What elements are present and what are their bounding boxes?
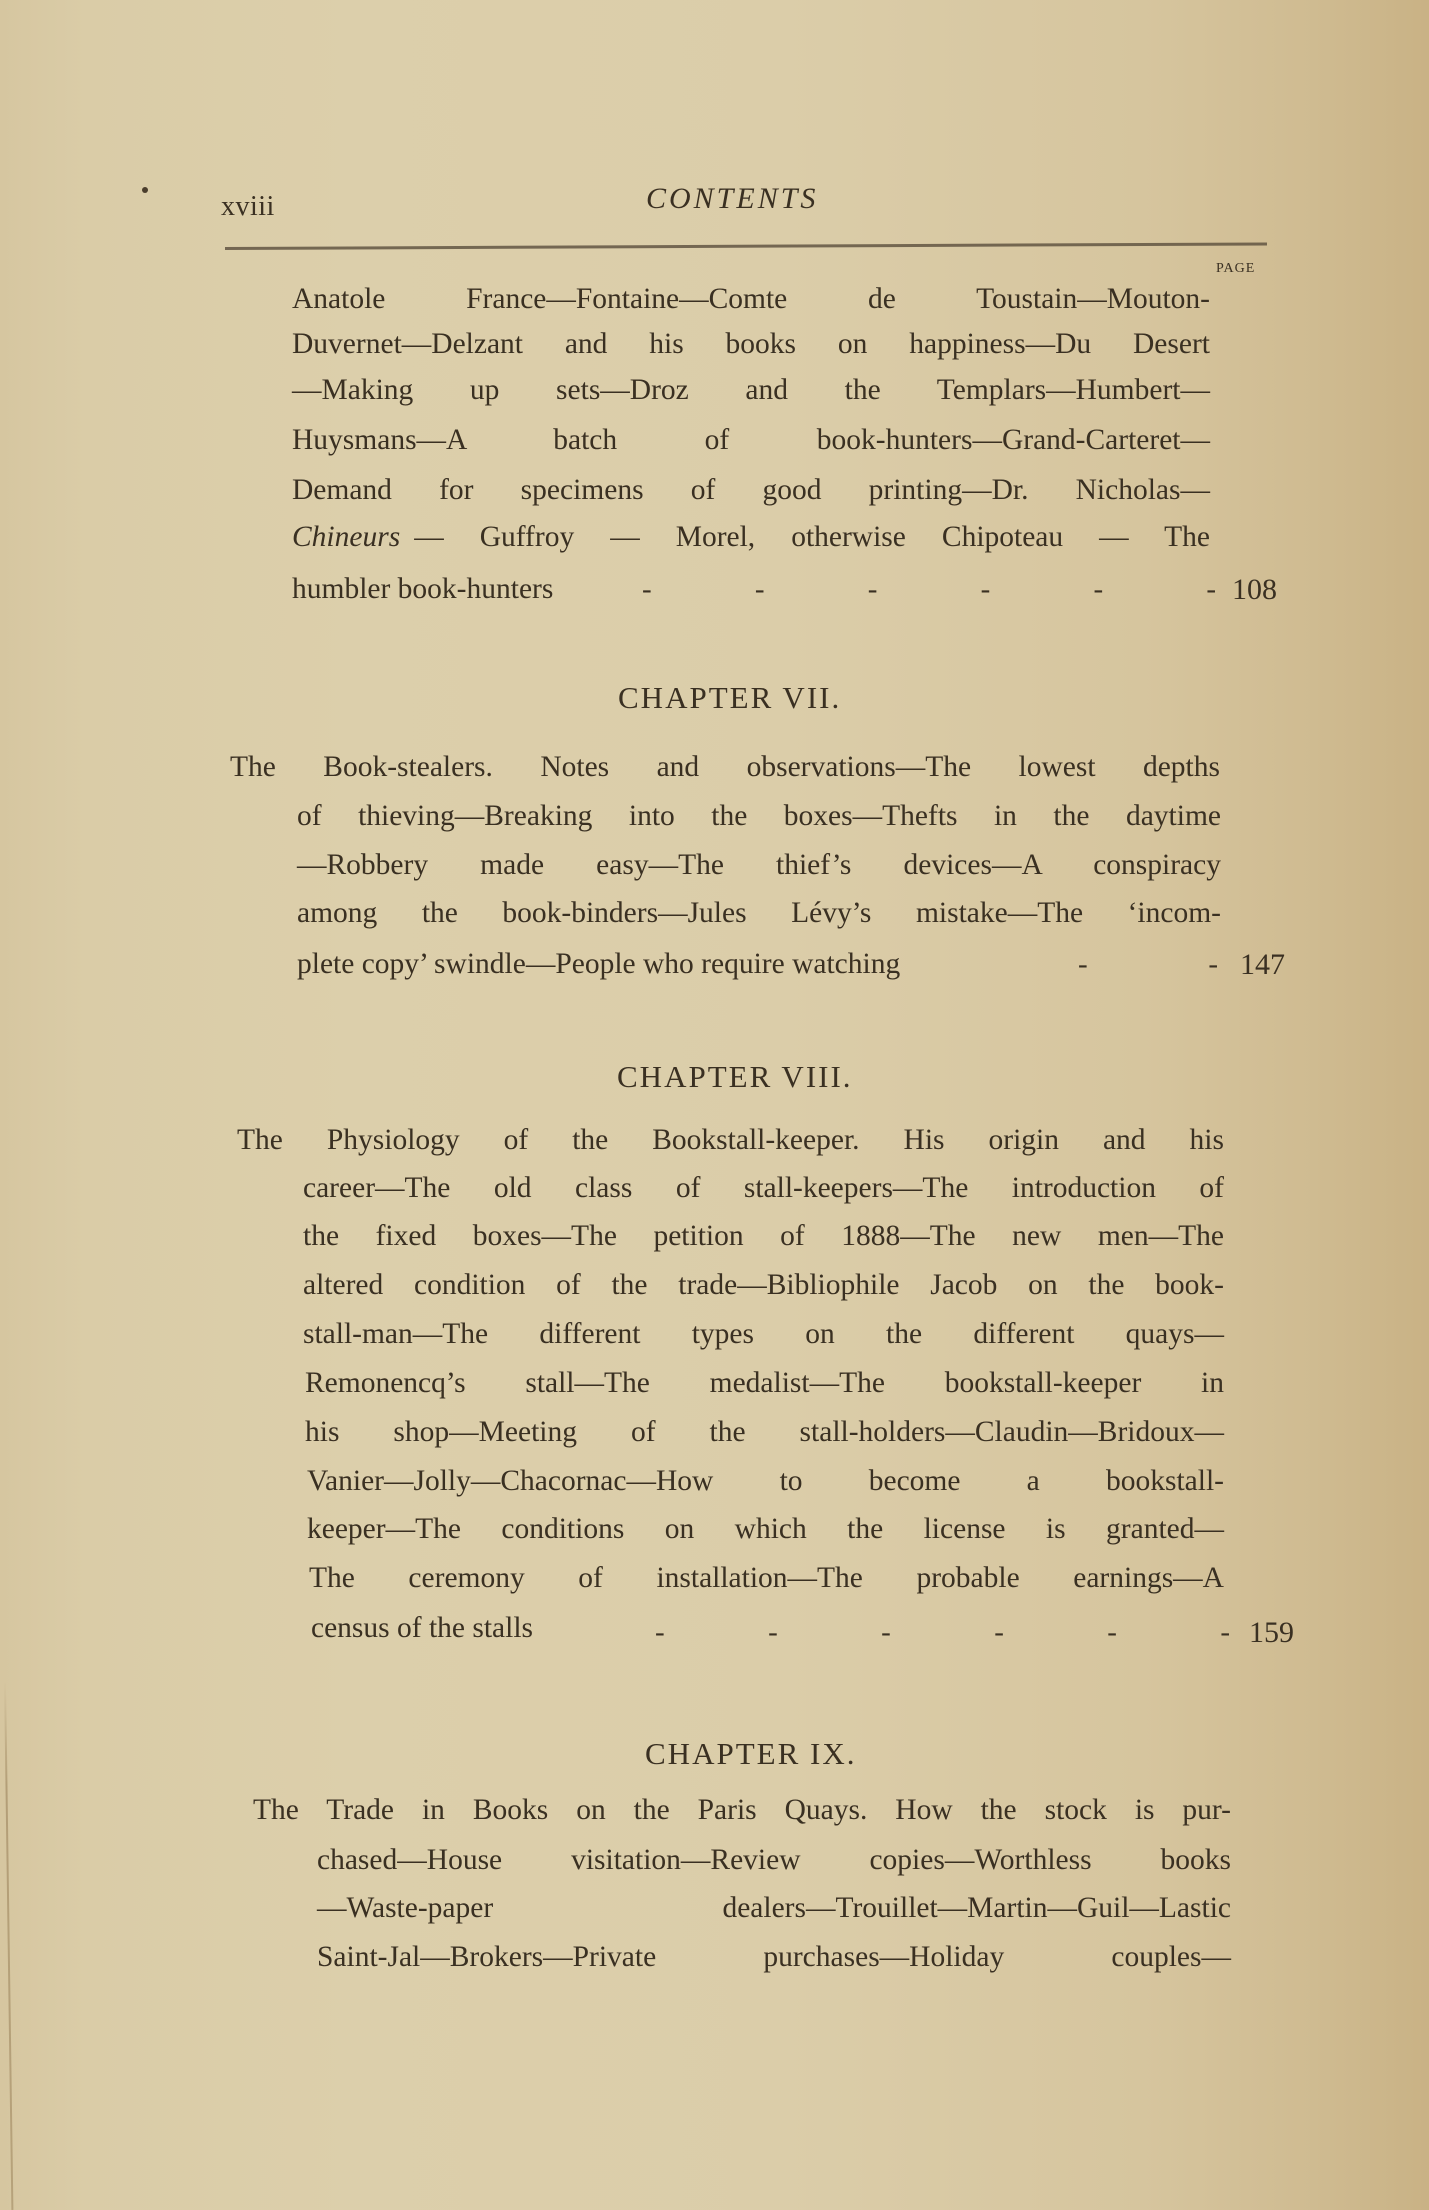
toc-line: altered condition of the trade—Bibliophi… [303, 1271, 1224, 1301]
chapter-heading: CHAPTER VIII. [617, 1061, 853, 1092]
toc-line: stall-man—The different types on the dif… [303, 1320, 1224, 1350]
toc-line: Saint-Jal—Brokers—Private purchases—Holi… [317, 1943, 1231, 1973]
toc-line: The ceremony of installation—The probabl… [309, 1564, 1224, 1594]
toc-line-last: plete copy’ swindle—People who require w… [297, 950, 900, 980]
italic-term: Chineurs [292, 523, 400, 553]
page-ref: 147 [1240, 950, 1285, 980]
dot-leader: - - - - - - [642, 575, 1216, 604]
toc-line: chased—House visitation—Review copies—Wo… [317, 1846, 1231, 1876]
toc-line: Chineurs — Guffroy — Morel, otherwise Ch… [292, 523, 1210, 553]
page-edge-shadow [4, 1680, 13, 2210]
toc-line: —Making up sets—Droz and the Templars—Hu… [292, 376, 1210, 406]
dot-leader: - - - - - - [655, 1618, 1230, 1647]
toc-line: Vanier—Jolly—Chacornac—How to become a b… [307, 1467, 1224, 1497]
toc-line: Duvernet—Delzant and his books on happin… [292, 330, 1210, 360]
toc-line: among the book-binders—Jules Lévy’s mist… [297, 899, 1221, 929]
page-column-label: PAGE [1216, 262, 1255, 276]
ink-speck [142, 187, 148, 193]
toc-line: Remonencq’s stall—The medalist—The books… [305, 1369, 1224, 1399]
toc-line: —Robbery made easy—The thief’s devices—A… [297, 851, 1221, 881]
toc-line: Anatole France—Fontaine—Comte de Toustai… [292, 285, 1210, 315]
toc-line-last: humbler book-hunters [292, 575, 553, 605]
header-rule [225, 242, 1267, 250]
toc-line: his shop—Meeting of the stall-holders—Cl… [305, 1418, 1224, 1448]
toc-line: The Book-stealers. Notes and observation… [230, 753, 1220, 783]
toc-line: The Trade in Books on the Paris Quays. H… [253, 1796, 1231, 1826]
running-head-title: CONTENTS [646, 184, 818, 214]
toc-line: The Physiology of the Bookstall-keeper. … [237, 1126, 1224, 1156]
dot-leader: - - [1078, 950, 1218, 979]
toc-line: —Waste-paper dealers—Trouillet—Martin—Gu… [317, 1894, 1231, 1924]
chapter-heading: CHAPTER IX. [645, 1738, 856, 1769]
toc-line: of thieving—Breaking into the boxes—Thef… [297, 802, 1221, 832]
toc-line: career—The old class of stall-keepers—Th… [303, 1174, 1224, 1204]
folio-page-number: xviii [221, 193, 275, 221]
toc-line: keeper—The conditions on which the licen… [307, 1515, 1224, 1545]
chapter-heading: CHAPTER VII. [618, 682, 841, 713]
toc-line: Huysmans—A batch of book-hunters—Grand-C… [292, 426, 1210, 456]
toc-line-rest: — Guffroy — Morel, otherwise Chipoteau —… [414, 523, 1210, 553]
page-ref: 108 [1232, 575, 1277, 605]
toc-line: the fixed boxes—The petition of 1888—The… [303, 1222, 1224, 1252]
book-page: xviii CONTENTS PAGE Anatole France—Fonta… [0, 0, 1429, 2210]
toc-line: Demand for specimens of good printing—Dr… [292, 476, 1210, 506]
toc-line-last: census of the stalls [311, 1614, 533, 1644]
page-ref: 159 [1249, 1618, 1294, 1648]
